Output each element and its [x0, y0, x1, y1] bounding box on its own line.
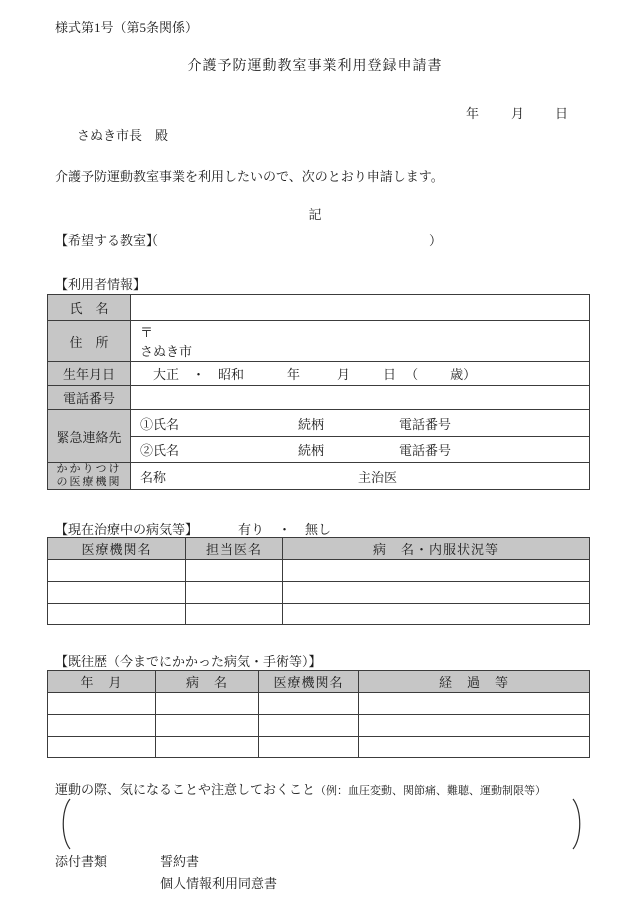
empty-cell	[283, 582, 590, 604]
doctor-value-cell: 名称主治医	[131, 463, 590, 490]
addressee: さぬき市長 殿	[77, 125, 168, 144]
notes-paren-left	[57, 798, 73, 850]
date-month-label: 月	[511, 103, 524, 122]
phone-label-cell: 電話番号	[48, 386, 131, 410]
address-value-cell: 〒 さぬき市	[131, 321, 590, 362]
name-label-cell: 氏 名	[48, 295, 131, 321]
current-illness-heading: 【現在治療中の病気等】	[55, 522, 198, 537]
contact1-name-label: ①氏名	[140, 417, 179, 432]
table-row: 緊急連絡先 ①氏名続柄電話番号	[48, 410, 590, 437]
notes-example: （例：血圧変動、関節痛、難聴、運動制限等）	[315, 785, 546, 797]
desired-class-label: 【希望する教室】	[55, 230, 159, 249]
empty-cell	[283, 560, 590, 582]
empty-cell	[48, 604, 186, 625]
desired-class-paren-open: （	[145, 230, 158, 249]
table-row	[48, 693, 590, 715]
medical-history-table: 年 月 病 名 医療機関名 経 過 等	[47, 670, 590, 758]
contact2-relation-label: 続柄	[298, 443, 324, 458]
doctor-label-line1: かかりつけ	[48, 463, 130, 476]
doctor-primary-label: 主治医	[358, 470, 397, 485]
birth-day-label: 日	[383, 367, 396, 382]
notes-line: 運動の際、気になることや注意しておくこと（例：血圧変動、関節痛、難聴、運動制限等…	[55, 779, 546, 798]
record-mark: 記	[0, 204, 630, 223]
intro-sentence: 介護予防運動教室事業を利用したいので、次のとおり申請します。	[55, 166, 444, 185]
table-row	[48, 737, 590, 758]
emergency-contact2-cell: ②氏名続柄電話番号	[131, 437, 590, 463]
col-disease-name: 病 名	[156, 671, 259, 693]
emergency-contact1-cell: ①氏名続柄電話番号	[131, 410, 590, 437]
empty-cell	[283, 604, 590, 625]
contact1-relation-label: 続柄	[298, 417, 324, 432]
table-row	[48, 560, 590, 582]
empty-cell	[48, 693, 156, 715]
current-illness-heading-line: 【現在治療中の病気等】有り・無し	[55, 519, 331, 538]
attachment-item-2: 個人情報利用同意書	[160, 873, 277, 892]
date-line: 年 月 日	[466, 103, 568, 122]
empty-cell	[359, 693, 590, 715]
contact2-phone-label: 電話番号	[399, 443, 451, 458]
notes-label: 運動の際、気になることや注意しておくこと	[55, 782, 315, 797]
option-no: 無し	[305, 522, 331, 537]
empty-cell	[359, 715, 590, 737]
address-label-cell: 住 所	[48, 321, 131, 362]
application-form-page: 様式第1号（第5条関係） 介護予防運動教室事業利用登録申請書 年 月 日 さぬき…	[0, 0, 630, 903]
col-progress: 経 過 等	[359, 671, 590, 693]
empty-cell	[259, 693, 359, 715]
empty-cell	[48, 560, 186, 582]
date-day-label: 日	[555, 103, 568, 122]
contact1-phone-label: 電話番号	[399, 417, 451, 432]
table-row: 電話番号	[48, 386, 590, 410]
table-header-row: 医療機関名 担当医名 病 名・内服状況等	[48, 538, 590, 560]
medical-history-heading: 【既往歴（今までにかかった病気・手術等）】	[55, 651, 322, 670]
birth-age-label: 歳）	[450, 367, 476, 382]
table-header-row: 年 月 病 名 医療機関名 経 過 等	[48, 671, 590, 693]
birth-month-label: 月	[337, 367, 350, 382]
date-year-label: 年	[466, 103, 479, 122]
empty-cell	[48, 582, 186, 604]
attachments-label: 添付書類	[55, 851, 107, 870]
empty-cell	[186, 560, 283, 582]
empty-cell	[48, 715, 156, 737]
desired-class-paren-close: ）	[429, 230, 442, 249]
doctor-label-line2: の医療機関	[48, 476, 130, 489]
table-row: 氏 名	[48, 295, 590, 321]
empty-cell	[186, 582, 283, 604]
table-row: かかりつけ の医療機関 名称主治医	[48, 463, 590, 490]
doctor-label-cell: かかりつけ の医療機関	[48, 463, 131, 490]
table-row	[48, 582, 590, 604]
option-dot: ・	[278, 522, 291, 537]
empty-cell	[259, 715, 359, 737]
city-prefill: さぬき市	[140, 342, 589, 361]
col-doctor: 担当医名	[186, 538, 283, 560]
col-disease: 病 名・内服状況等	[283, 538, 590, 560]
postal-mark: 〒	[140, 323, 589, 342]
empty-cell	[48, 737, 156, 758]
notes-paren-right	[570, 798, 586, 850]
col-yearmonth: 年 月	[48, 671, 156, 693]
empty-cell	[156, 693, 259, 715]
col-hospital: 医療機関名	[48, 538, 186, 560]
form-number: 様式第1号（第5条関係）	[55, 17, 198, 36]
empty-cell	[359, 737, 590, 758]
name-value-cell	[131, 295, 590, 321]
table-row	[48, 715, 590, 737]
birth-age-paren: （	[405, 367, 418, 382]
birth-era: 大正 ・ 昭和	[153, 367, 244, 382]
table-row: 住 所 〒 さぬき市	[48, 321, 590, 362]
table-row: 生年月日 大正 ・ 昭和年月日（歳）	[48, 362, 590, 386]
birthdate-label-cell: 生年月日	[48, 362, 131, 386]
user-info-heading: 【利用者情報】	[55, 274, 146, 293]
user-info-table: 氏 名 住 所 〒 さぬき市 生年月日 大正 ・ 昭和年月日（歳） 電話番号	[47, 294, 590, 490]
table-row	[48, 604, 590, 625]
empty-cell	[156, 737, 259, 758]
contact2-name-label: ②氏名	[140, 443, 179, 458]
birth-year-label: 年	[287, 367, 300, 382]
attachment-item-1: 誓約書	[160, 851, 199, 870]
empty-cell	[156, 715, 259, 737]
emergency-label-cell: 緊急連絡先	[48, 410, 131, 463]
current-illness-table: 医療機関名 担当医名 病 名・内服状況等	[47, 537, 590, 625]
phone-value-cell	[131, 386, 590, 410]
col-hospital-name: 医療機関名	[259, 671, 359, 693]
empty-cell	[259, 737, 359, 758]
page-title: 介護予防運動教室事業利用登録申請書	[0, 55, 630, 75]
doctor-name-label: 名称	[140, 470, 166, 485]
empty-cell	[186, 604, 283, 625]
birthdate-value-cell: 大正 ・ 昭和年月日（歳）	[131, 362, 590, 386]
option-yes: 有り	[238, 522, 264, 537]
